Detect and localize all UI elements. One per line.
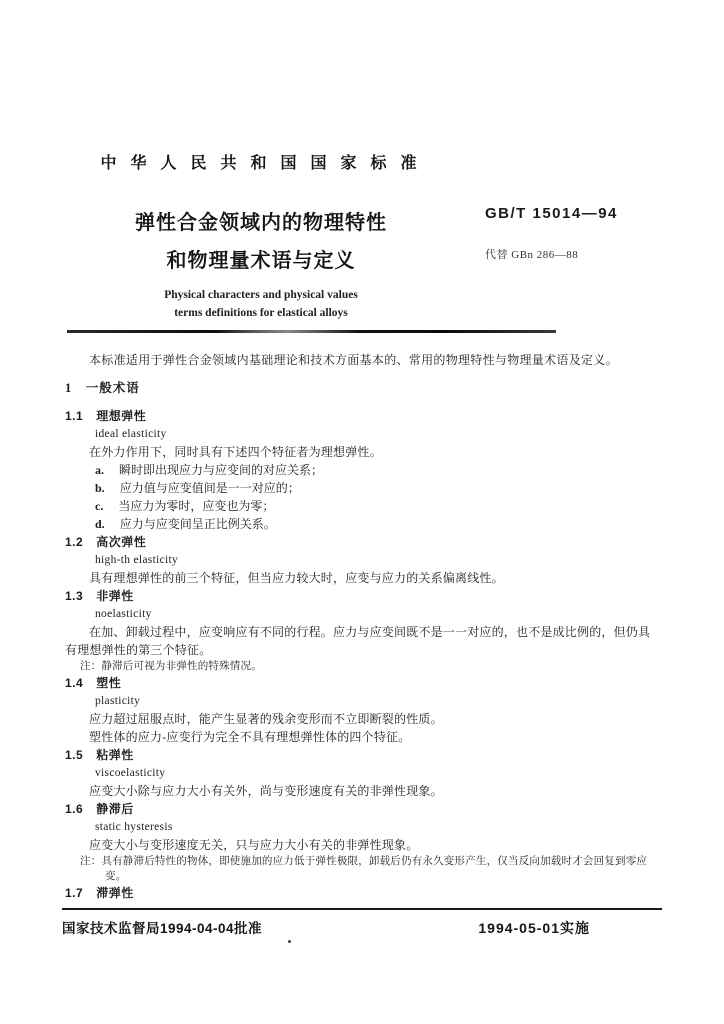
standard-number: GB/T 15014—94	[485, 205, 664, 222]
list-item-label: d.	[95, 517, 105, 531]
scan-artifact-dot	[288, 940, 291, 943]
national-standard-label: 中 华 人 民 共 和 国 国 家 标 准	[65, 150, 457, 173]
list-item-text: 应力与应变间呈正比例关系。	[120, 517, 276, 531]
term-section: 1.7滞弹性	[65, 884, 661, 902]
term-title-zh: 理想弹性	[96, 409, 146, 423]
term-title-en: ideal elasticity	[65, 425, 661, 443]
approval-statement: 国家技术监督局1994-04-04批准	[62, 917, 262, 937]
term-definition: 具有理想弹性的前三个特征，但当应力较大时，应变与应力的关系偏离线性。	[65, 569, 661, 587]
term-heading: 1.5粘弹性	[65, 746, 661, 764]
list-item-text: 当应力为零时，应变也为零；	[118, 499, 274, 513]
term-list-item: b.应力值与应变值间是一一对应的；	[65, 479, 661, 497]
term-title-zh: 粘弹性	[96, 748, 134, 762]
list-item-text: 瞬时即出现应力与应变间的对应关系；	[119, 463, 323, 477]
term-title-en: noelasticity	[65, 605, 661, 623]
section-1-heading: 1 一般术语	[65, 379, 661, 397]
term-definition: 应变大小除与应力大小有关外，尚与变形速度有关的非弹性现象。	[65, 782, 661, 800]
term-definition: 在外力作用下，同时具有下述四个特征者为理想弹性。	[65, 443, 661, 461]
document-title-zh-line2: 和物理量术语与定义	[65, 244, 457, 273]
document-header: 中 华 人 民 共 和 国 国 家 标 准 弹性合金领域内的物理特性 和物理量术…	[65, 150, 664, 319]
term-number: 1.6	[65, 802, 83, 816]
list-item-label: a.	[95, 463, 104, 477]
terms-list: 1.1理想弹性ideal elasticity在外力作用下，同时具有下述四个特征…	[65, 407, 661, 902]
term-number: 1.3	[65, 589, 83, 603]
standard-document-page: 中 华 人 民 共 和 国 国 家 标 准 弹性合金领域内的物理特性 和物理量术…	[0, 0, 724, 1024]
list-item-label: b.	[95, 481, 105, 495]
term-number: 1.4	[65, 676, 83, 690]
replaces-standard: 代替 GBn 286—88	[485, 246, 664, 262]
term-number: 1.7	[65, 886, 83, 900]
document-title-en-line2: terms definitions for elastical alloys	[65, 307, 457, 319]
scope-paragraph: 本标准适用于弹性合金领域内基础理论和技术方面基本的、常用的物理特性与物理量术语及…	[65, 351, 661, 369]
term-note: 注：静滞后可视为非弹性的特殊情况。	[65, 659, 661, 674]
header-divider-rule	[67, 330, 556, 333]
term-list-item: a.瞬时即出现应力与应变间的对应关系；	[65, 461, 661, 479]
document-footer: 国家技术监督局1994-04-04批准 1994-05-01实施	[62, 908, 662, 938]
term-section: 1.5粘弹性viscoelasticity应变大小除与应力大小有关外，尚与变形速…	[65, 746, 661, 800]
term-title-zh: 非弹性	[96, 589, 134, 603]
term-list-item: d.应力与应变间呈正比例关系。	[65, 515, 661, 533]
term-title-en: high-th elasticity	[65, 551, 661, 569]
term-heading: 1.7滞弹性	[65, 884, 661, 902]
term-title-en: static hysteresis	[65, 818, 661, 836]
term-section: 1.3非弹性noelasticity在加、卸载过程中，应变响应有不同的行程。应力…	[65, 587, 661, 674]
term-title-en: viscoelasticity	[65, 764, 661, 782]
document-body: 本标准适用于弹性合金领域内基础理论和技术方面基本的、常用的物理特性与物理量术语及…	[65, 351, 661, 902]
term-section: 1.4塑性plasticity应力超过屈服点时，能产生显著的残余变形而不立即断裂…	[65, 674, 661, 746]
term-list-item: c.当应力为零时，应变也为零；	[65, 497, 661, 515]
list-item-label: c.	[95, 499, 103, 513]
term-definition: 应变大小与变形速度无关，只与应力大小有关的非弹性现象。	[65, 836, 661, 854]
term-heading: 1.3非弹性	[65, 587, 661, 605]
term-title-zh: 静滞后	[96, 802, 134, 816]
term-title-en: plasticity	[65, 692, 661, 710]
term-title-zh: 高次弹性	[96, 535, 146, 549]
term-number: 1.1	[65, 409, 83, 423]
implementation-date: 1994-05-01实施	[478, 918, 590, 938]
term-heading: 1.1理想弹性	[65, 407, 661, 425]
term-number: 1.2	[65, 535, 83, 549]
term-title-zh: 滞弹性	[96, 886, 134, 900]
header-title-block: 中 华 人 民 共 和 国 国 家 标 准 弹性合金领域内的物理特性 和物理量术…	[65, 150, 457, 319]
term-heading: 1.6静滞后	[65, 800, 661, 818]
document-title-en-line1: Physical characters and physical values	[65, 289, 457, 301]
term-heading: 1.2高次弹性	[65, 533, 661, 551]
term-definition: 塑性体的应力-应变行为完全不具有理想弹性体的四个特征。	[65, 728, 661, 746]
term-number: 1.5	[65, 748, 83, 762]
list-item-text: 应力值与应变值间是一一对应的；	[120, 481, 300, 495]
document-title-zh-line1: 弹性合金领域内的物理特性	[65, 206, 457, 235]
term-section: 1.6静滞后static hysteresis应变大小与变形速度无关，只与应力大…	[65, 800, 661, 884]
term-note: 注：具有静滞后特性的物体，即使施加的应力低于弹性极限，卸载后仍有永久变形产生，仅…	[65, 854, 661, 884]
term-definition: 应力超过屈服点时，能产生显著的残余变形而不立即断裂的性质。	[65, 710, 661, 728]
term-section: 1.1理想弹性ideal elasticity在外力作用下，同时具有下述四个特征…	[65, 407, 661, 533]
term-section: 1.2高次弹性high-th elasticity具有理想弹性的前三个特征，但当…	[65, 533, 661, 587]
term-heading: 1.4塑性	[65, 674, 661, 692]
standard-number-block: GB/T 15014—94 代替 GBn 286—88	[457, 150, 664, 319]
term-title-zh: 塑性	[96, 676, 121, 690]
term-definition: 在加、卸载过程中，应变响应有不同的行程。应力与应变间既不是一一对应的，也不是成比…	[65, 623, 661, 659]
